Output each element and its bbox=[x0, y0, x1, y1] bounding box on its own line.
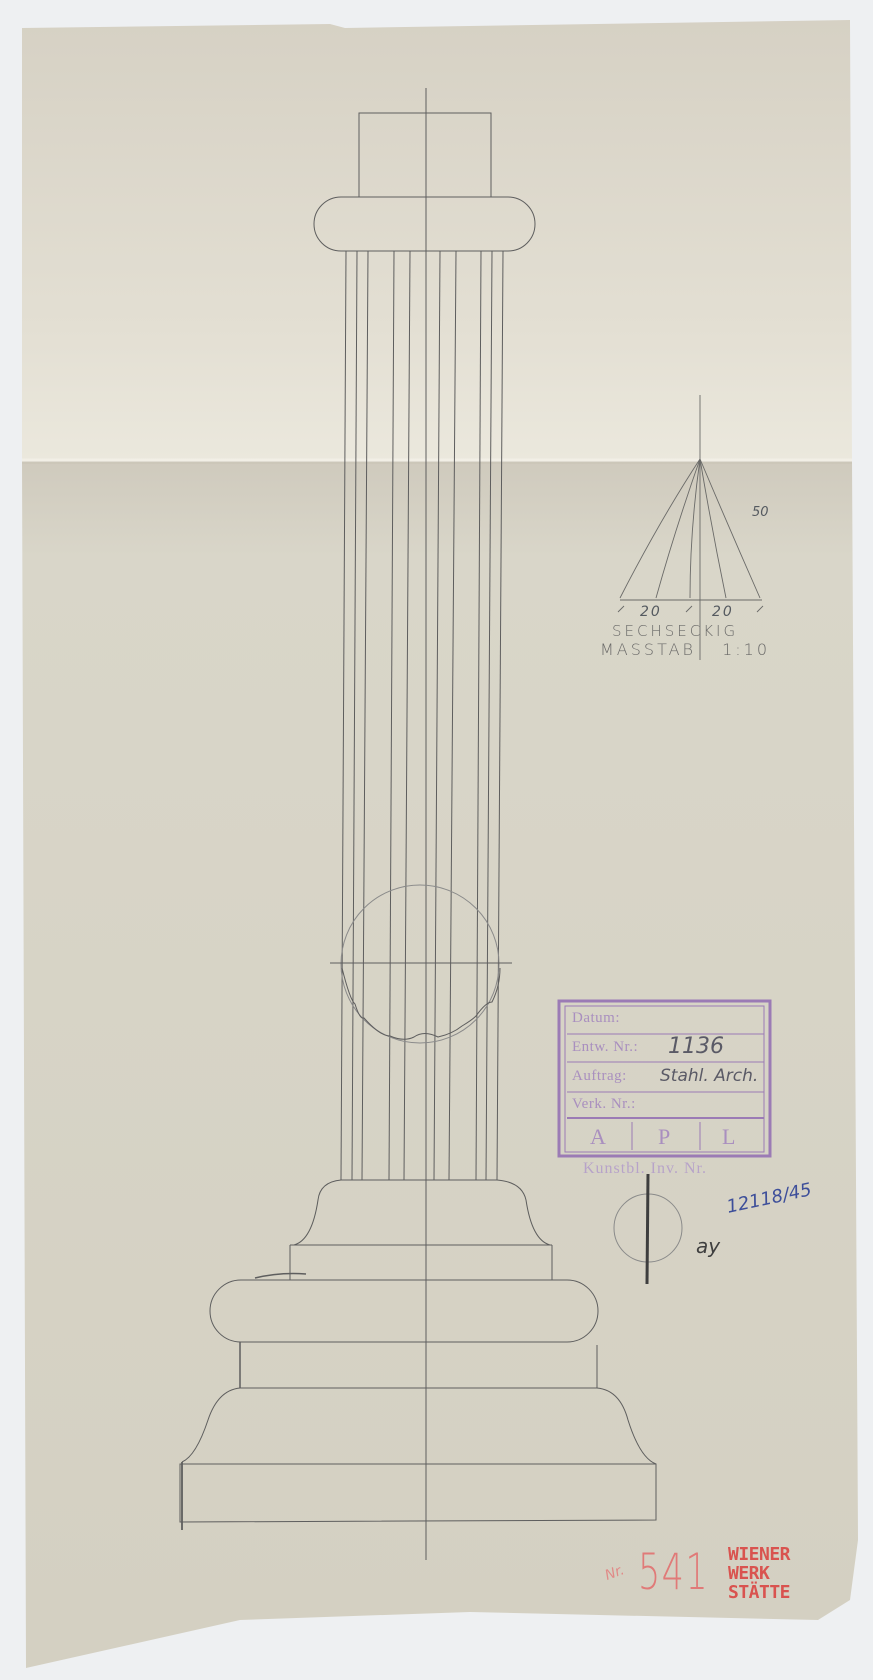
initials-mark: ay bbox=[696, 1234, 720, 1258]
stamp-initial-p: P bbox=[658, 1124, 671, 1150]
stamp-order-label: Auftrag: bbox=[572, 1068, 627, 1085]
scale-width-label-left: 20 bbox=[640, 604, 662, 620]
drawing-svg bbox=[0, 0, 873, 1680]
stamp-date-label: Datum: bbox=[572, 1010, 620, 1027]
scale-width-label-right: 20 bbox=[712, 604, 734, 620]
stamp-sale-no-label: Verk. Nr.: bbox=[572, 1096, 636, 1113]
ww-line-1: WIENER bbox=[728, 1545, 790, 1564]
paper-upper bbox=[22, 20, 852, 460]
stamp-design-no-label: Entw. Nr.: bbox=[572, 1039, 638, 1056]
red-number: 541 bbox=[638, 1543, 709, 1601]
ww-line-3: STÄTTE bbox=[728, 1583, 790, 1602]
drawing-sheet: 50 20 20 SECHSECKIG MASSTAB 1:10 Datum: … bbox=[0, 0, 873, 1680]
wiener-werkstaette-stamp: WIENER WERK STÄTTE bbox=[728, 1545, 790, 1602]
stamp-footer: Kunstbl. Inv. Nr. bbox=[583, 1160, 707, 1178]
scale-label: MASSTAB 1:10 bbox=[600, 640, 770, 659]
ww-line-2: WERK bbox=[728, 1564, 790, 1583]
stamp-design-no-value: 1136 bbox=[668, 1034, 724, 1059]
stamp-initial-a: A bbox=[590, 1124, 606, 1150]
shape-label: SECHSECKIG bbox=[612, 622, 738, 640]
scale-height-label: 50 bbox=[752, 505, 769, 520]
stamp-initial-l: L bbox=[722, 1124, 736, 1150]
stamp-order-value: Stahl. Arch. bbox=[660, 1066, 758, 1086]
